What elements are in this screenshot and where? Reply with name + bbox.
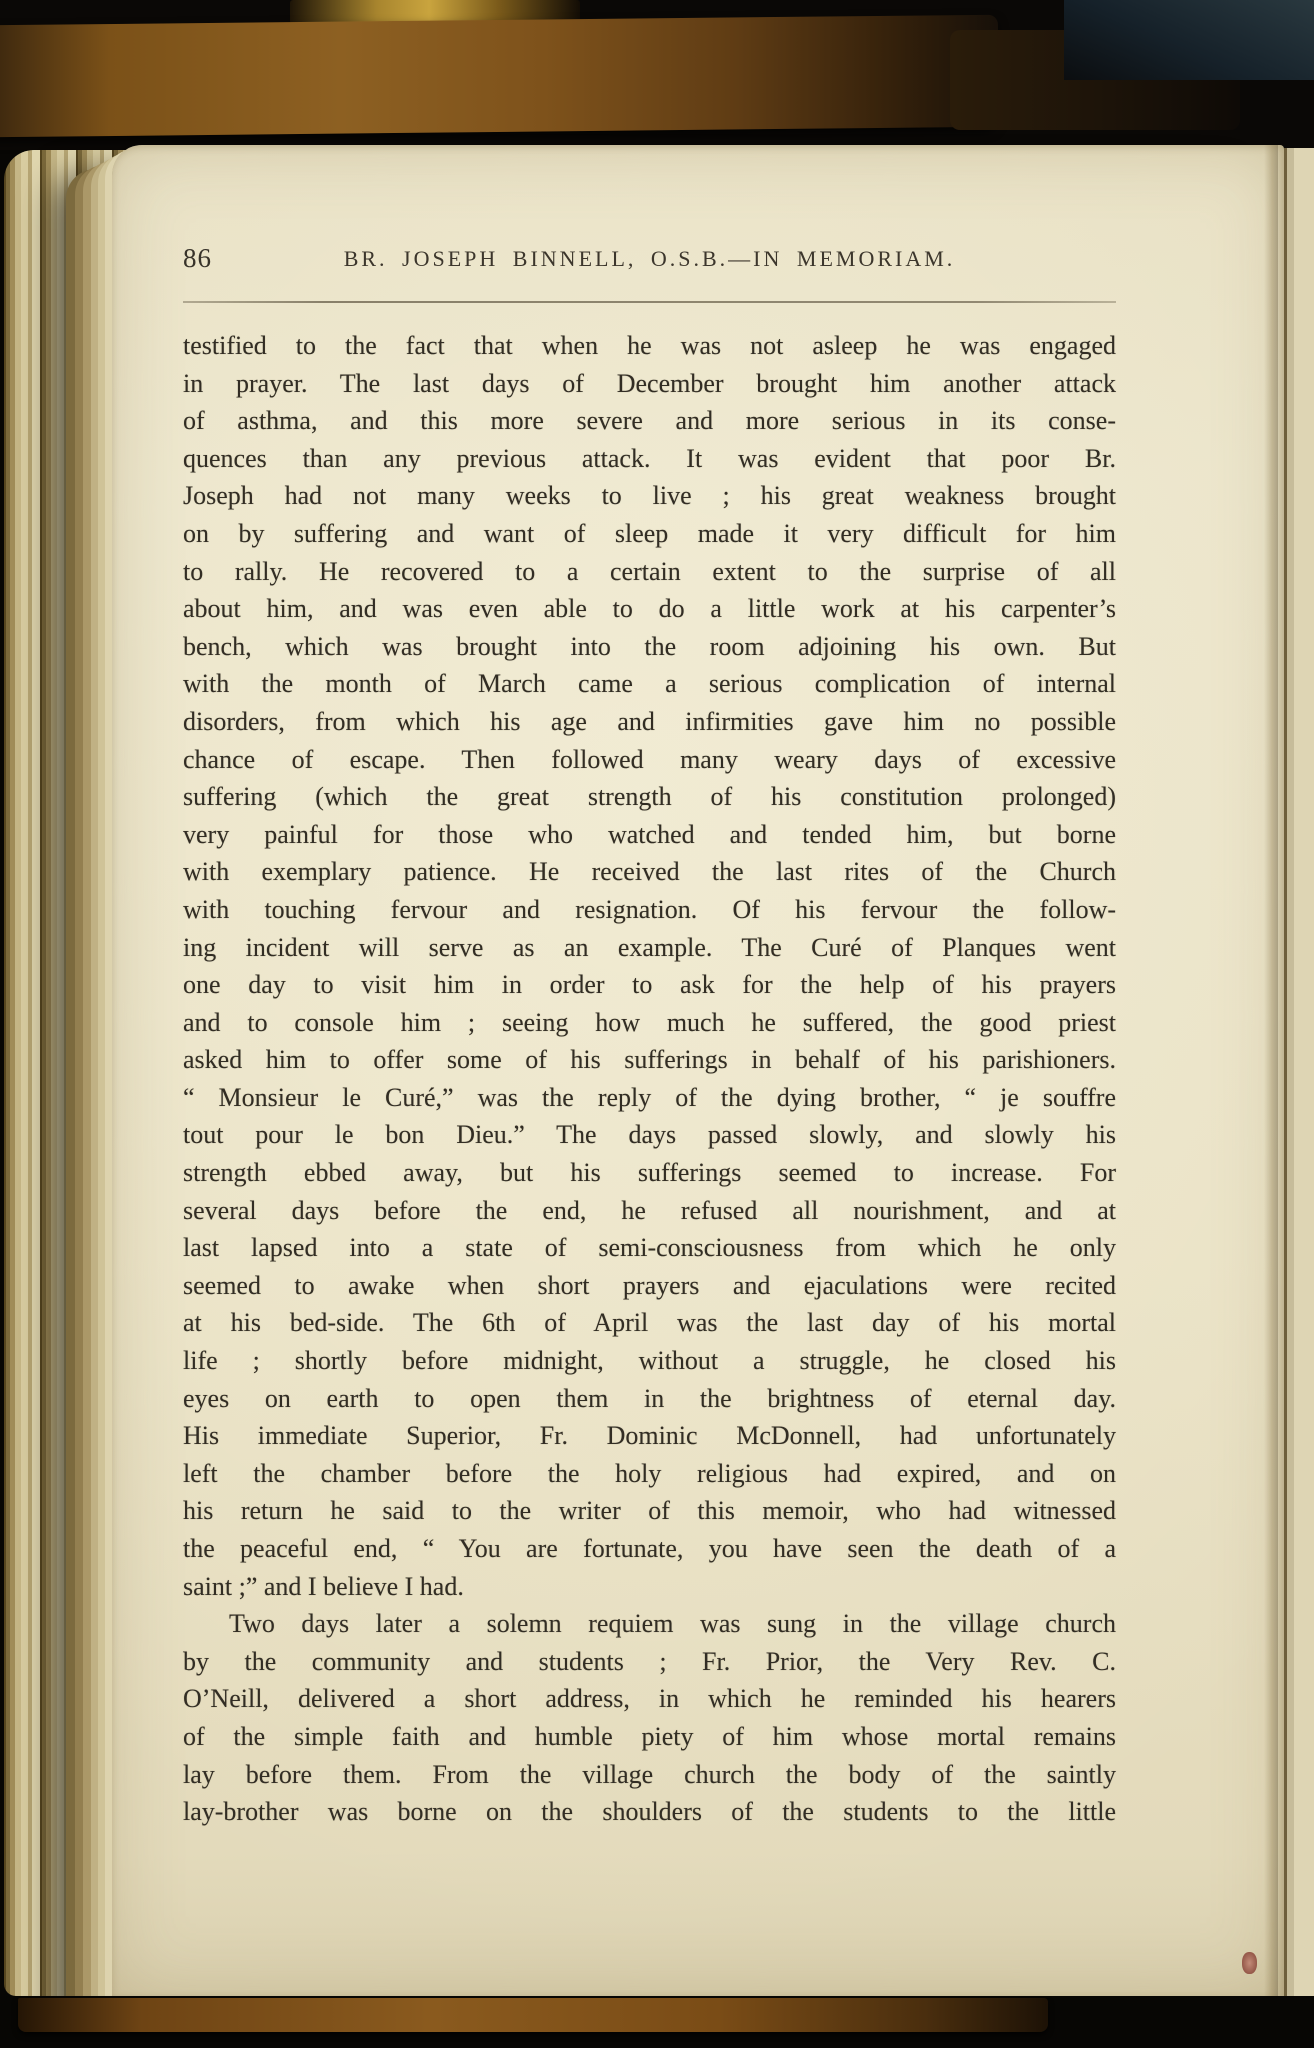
text-line: quences than any previous attack. It was… bbox=[183, 440, 1116, 478]
text-line: about him, and was even able to do a lit… bbox=[183, 590, 1116, 628]
text-line: left the chamber before the holy religio… bbox=[183, 1455, 1116, 1493]
text-line: testified to the fact that when he was n… bbox=[183, 327, 1116, 365]
text-line: “ Monsieur le Curé,” was the reply of th… bbox=[183, 1079, 1116, 1117]
text-line: the peaceful end, “ You are fortunate, y… bbox=[183, 1530, 1116, 1568]
text-line: tout pour le bon Dieu.” The days passed … bbox=[183, 1116, 1116, 1154]
leather-cover-top-edge bbox=[0, 15, 998, 138]
text-line: suffering (which the great strength of h… bbox=[183, 778, 1116, 816]
text-line: asked him to offer some of his suffering… bbox=[183, 1041, 1116, 1079]
adjacent-page-edge bbox=[1284, 148, 1314, 2000]
text-line: His immediate Superior, Fr. Dominic McDo… bbox=[183, 1417, 1116, 1455]
text-line: of asthma, and this more severe and more… bbox=[183, 402, 1116, 440]
leather-cover-bottom-edge bbox=[18, 1998, 1048, 2032]
text-line: saint ;” and I believe I had. bbox=[183, 1568, 1116, 1606]
text-line: on by suffering and want of sleep made i… bbox=[183, 515, 1116, 553]
text-line: last lapsed into a state of semi-conscio… bbox=[183, 1229, 1116, 1267]
text-line: his return he said to the writer of this… bbox=[183, 1492, 1116, 1530]
text-line: lay-brother was borne on the shoulders o… bbox=[183, 1793, 1116, 1831]
text-line: very painful for those who watched and t… bbox=[183, 816, 1116, 854]
text-line: chance of escape. Then followed many wea… bbox=[183, 741, 1116, 779]
text-line: O’Neill, delivered a short address, in w… bbox=[183, 1680, 1116, 1718]
text-line: Two days later a solemn requiem was sung… bbox=[183, 1605, 1116, 1643]
text-line: several days before the end, he refused … bbox=[183, 1192, 1116, 1230]
text-line: with touching fervour and resignation. O… bbox=[183, 891, 1116, 929]
text-line: ing incident will serve as an example. T… bbox=[183, 929, 1116, 967]
page-header: 86 BR. JOSEPH BINNELL, O.S.B.—IN MEMORIA… bbox=[183, 241, 1116, 275]
text-line: by the community and students ; Fr. Prio… bbox=[183, 1643, 1116, 1681]
text-line: lay before them. From the village church… bbox=[183, 1756, 1116, 1794]
text-line: seemed to awake when short prayers and e… bbox=[183, 1267, 1116, 1305]
binding-thread-mark bbox=[1242, 1952, 1257, 1974]
cover-corner-cloth bbox=[1064, 0, 1314, 80]
text-line: at his bed-side. The 6th of April was th… bbox=[183, 1304, 1116, 1342]
header-rule bbox=[183, 301, 1116, 303]
book-bottom-background bbox=[0, 1996, 1314, 2048]
book-top-background bbox=[0, 0, 1314, 150]
text-line: one day to visit him in order to ask for… bbox=[183, 966, 1116, 1004]
text-line: bench, which was brought into the room a… bbox=[183, 628, 1116, 666]
text-line: strength ebbed away, but his sufferings … bbox=[183, 1154, 1116, 1192]
running-header: BR. JOSEPH BINNELL, O.S.B.—IN MEMORIAM. bbox=[183, 246, 1116, 272]
text-line: life ; shortly before midnight, without … bbox=[183, 1342, 1116, 1380]
paragraph-2: Two days later a solemn requiem was sung… bbox=[183, 1605, 1116, 1831]
book-page: 86 BR. JOSEPH BINNELL, O.S.B.—IN MEMORIA… bbox=[112, 145, 1284, 2001]
text-line: in prayer. The last days of December bro… bbox=[183, 365, 1116, 403]
text-line: eyes on earth to open them in the bright… bbox=[183, 1380, 1116, 1418]
text-line: and to console him ; seeing how much he … bbox=[183, 1004, 1116, 1042]
text-line: disorders, from which his age and infirm… bbox=[183, 703, 1116, 741]
text-line: with exemplary patience. He received the… bbox=[183, 853, 1116, 891]
page-body: testified to the fact that when he was n… bbox=[183, 327, 1116, 1831]
scanned-book-photo: 86 BR. JOSEPH BINNELL, O.S.B.—IN MEMORIA… bbox=[0, 0, 1314, 2048]
paragraph-1: testified to the fact that when he was n… bbox=[183, 327, 1116, 1605]
text-line: Joseph had not many weeks to live ; his … bbox=[183, 477, 1116, 515]
text-line: with the month of March came a serious c… bbox=[183, 665, 1116, 703]
text-line: of the simple faith and humble piety of … bbox=[183, 1718, 1116, 1756]
text-line: to rally. He recovered to a certain exte… bbox=[183, 553, 1116, 591]
